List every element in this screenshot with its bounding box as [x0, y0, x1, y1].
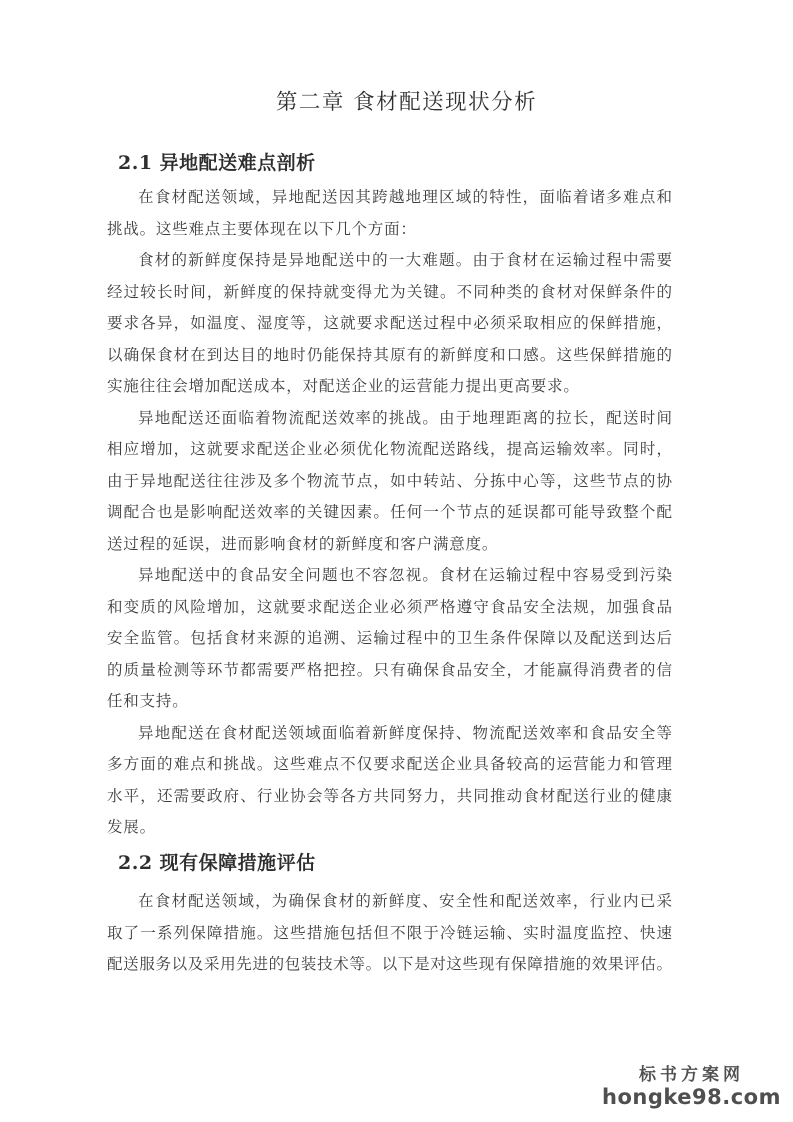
text-line: 送过程的延误，进而影响食材的新鲜度和客户满意度。 [107, 529, 672, 561]
text-line: 在食材配送领域，异地配送因其跨越地理区域的特性，面临着诸多难点和 [107, 182, 672, 214]
text-line: 由于异地配送往往涉及多个物流节点，如中转站、分拣中心等，这些节点的协 [107, 466, 672, 498]
text-line: 多方面的难点和挑战。这些难点不仅要求配送企业具备较高的运营能力和管理 [107, 749, 672, 781]
text-line: 异地配送还面临着物流配送效率的挑战。由于地理距离的拉长，配送时间 [107, 403, 672, 435]
text-line: 实施往往会增加配送成本，对配送企业的运营能力提出更高要求。 [107, 371, 672, 403]
text-line: 发展。 [107, 812, 672, 844]
text-line: 挑战。这些难点主要体现在以下几个方面： [107, 214, 672, 246]
text-line: 任和支持。 [107, 686, 672, 718]
watermark-site-url: hongke98.com [602, 1086, 781, 1108]
section-heading-2-2: 2.2 现有保障措施评估 [118, 851, 678, 876]
text-line: 配送服务以及采用先进的包装技术等。以下是对这些现有保障措施的效果评估。 [107, 949, 672, 981]
watermark-site-name: 标书方案网 [602, 1064, 781, 1086]
paragraph: 食材的新鲜度保持是异地配送中的一大难题。由于食材在运输过程中需要 经过较长时间，… [107, 245, 672, 403]
text-line: 食材的新鲜度保持是异地配送中的一大难题。由于食材在运输过程中需要 [107, 245, 672, 277]
text-line: 异地配送在食材配送领域面临着新鲜度保持、物流配送效率和食品安全等 [107, 718, 672, 750]
text-line: 取了一系列保障措施。这些措施包括但不限于冷链运输、实时温度监控、快速 [107, 918, 672, 950]
paragraph: 异地配送在食材配送领域面临着新鲜度保持、物流配送效率和食品安全等 多方面的难点和… [107, 718, 672, 844]
text-line: 要求各异，如温度、湿度等，这就要求配送过程中必须采取相应的保鲜措施， [107, 308, 672, 340]
text-line: 和变质的风险增加，这就要求配送企业必须严格遵守食品安全法规，加强食品 [107, 592, 672, 624]
watermark: 标书方案网 hongke98.com [602, 1064, 781, 1108]
paragraph: 异地配送还面临着物流配送效率的挑战。由于地理距离的拉长，配送时间 相应增加，这就… [107, 403, 672, 561]
chapter-title: 第二章 食材配送现状分析 [124, 88, 689, 118]
text-line: 调配合也是影响配送效率的关键因素。任何一个节点的延误都可能导致整个配 [107, 497, 672, 529]
text-line: 在食材配送领域，为确保食材的新鲜度、安全性和配送效率，行业内已采 [107, 886, 672, 918]
text-line: 以确保食材在到达目的地时仍能保持其原有的新鲜度和口感。这些保鲜措施的 [107, 340, 672, 372]
text-line: 经过较长时间，新鲜度的保持就变得尤为关键。不同种类的食材对保鲜条件的 [107, 277, 672, 309]
text-line: 水平，还需要政府、行业协会等各方共同努力，共同推动食材配送行业的健康 [107, 781, 672, 813]
section-heading-2-1: 2.1 异地配送难点剖析 [118, 151, 678, 176]
paragraph: 在食材配送领域，为确保食材的新鲜度、安全性和配送效率，行业内已采 取了一系列保障… [107, 886, 672, 981]
paragraph: 在食材配送领域，异地配送因其跨越地理区域的特性，面临着诸多难点和 挑战。这些难点… [107, 182, 672, 245]
text-line: 异地配送中的食品安全问题也不容忽视。食材在运输过程中容易受到污染 [107, 560, 672, 592]
paragraph: 异地配送中的食品安全问题也不容忽视。食材在运输过程中容易受到污染 和变质的风险增… [107, 560, 672, 718]
text-line: 相应增加，这就要求配送企业必须优化物流配送路线，提高运输效率。同时， [107, 434, 672, 466]
document-page: 第二章 食材配送现状分析 2.1 异地配送难点剖析 在食材配送领域，异地配送因其… [0, 0, 793, 1122]
text-line: 的质量检测等环节都需要严格把控。只有确保食品安全，才能赢得消费者的信 [107, 655, 672, 687]
section-2-1-body: 在食材配送领域，异地配送因其跨越地理区域的特性，面临着诸多难点和 挑战。这些难点… [107, 182, 672, 844]
text-line: 安全监管。包括食材来源的追溯、运输过程中的卫生条件保障以及配送到达后 [107, 623, 672, 655]
section-2-2-body: 在食材配送领域，为确保食材的新鲜度、安全性和配送效率，行业内已采 取了一系列保障… [107, 886, 672, 981]
